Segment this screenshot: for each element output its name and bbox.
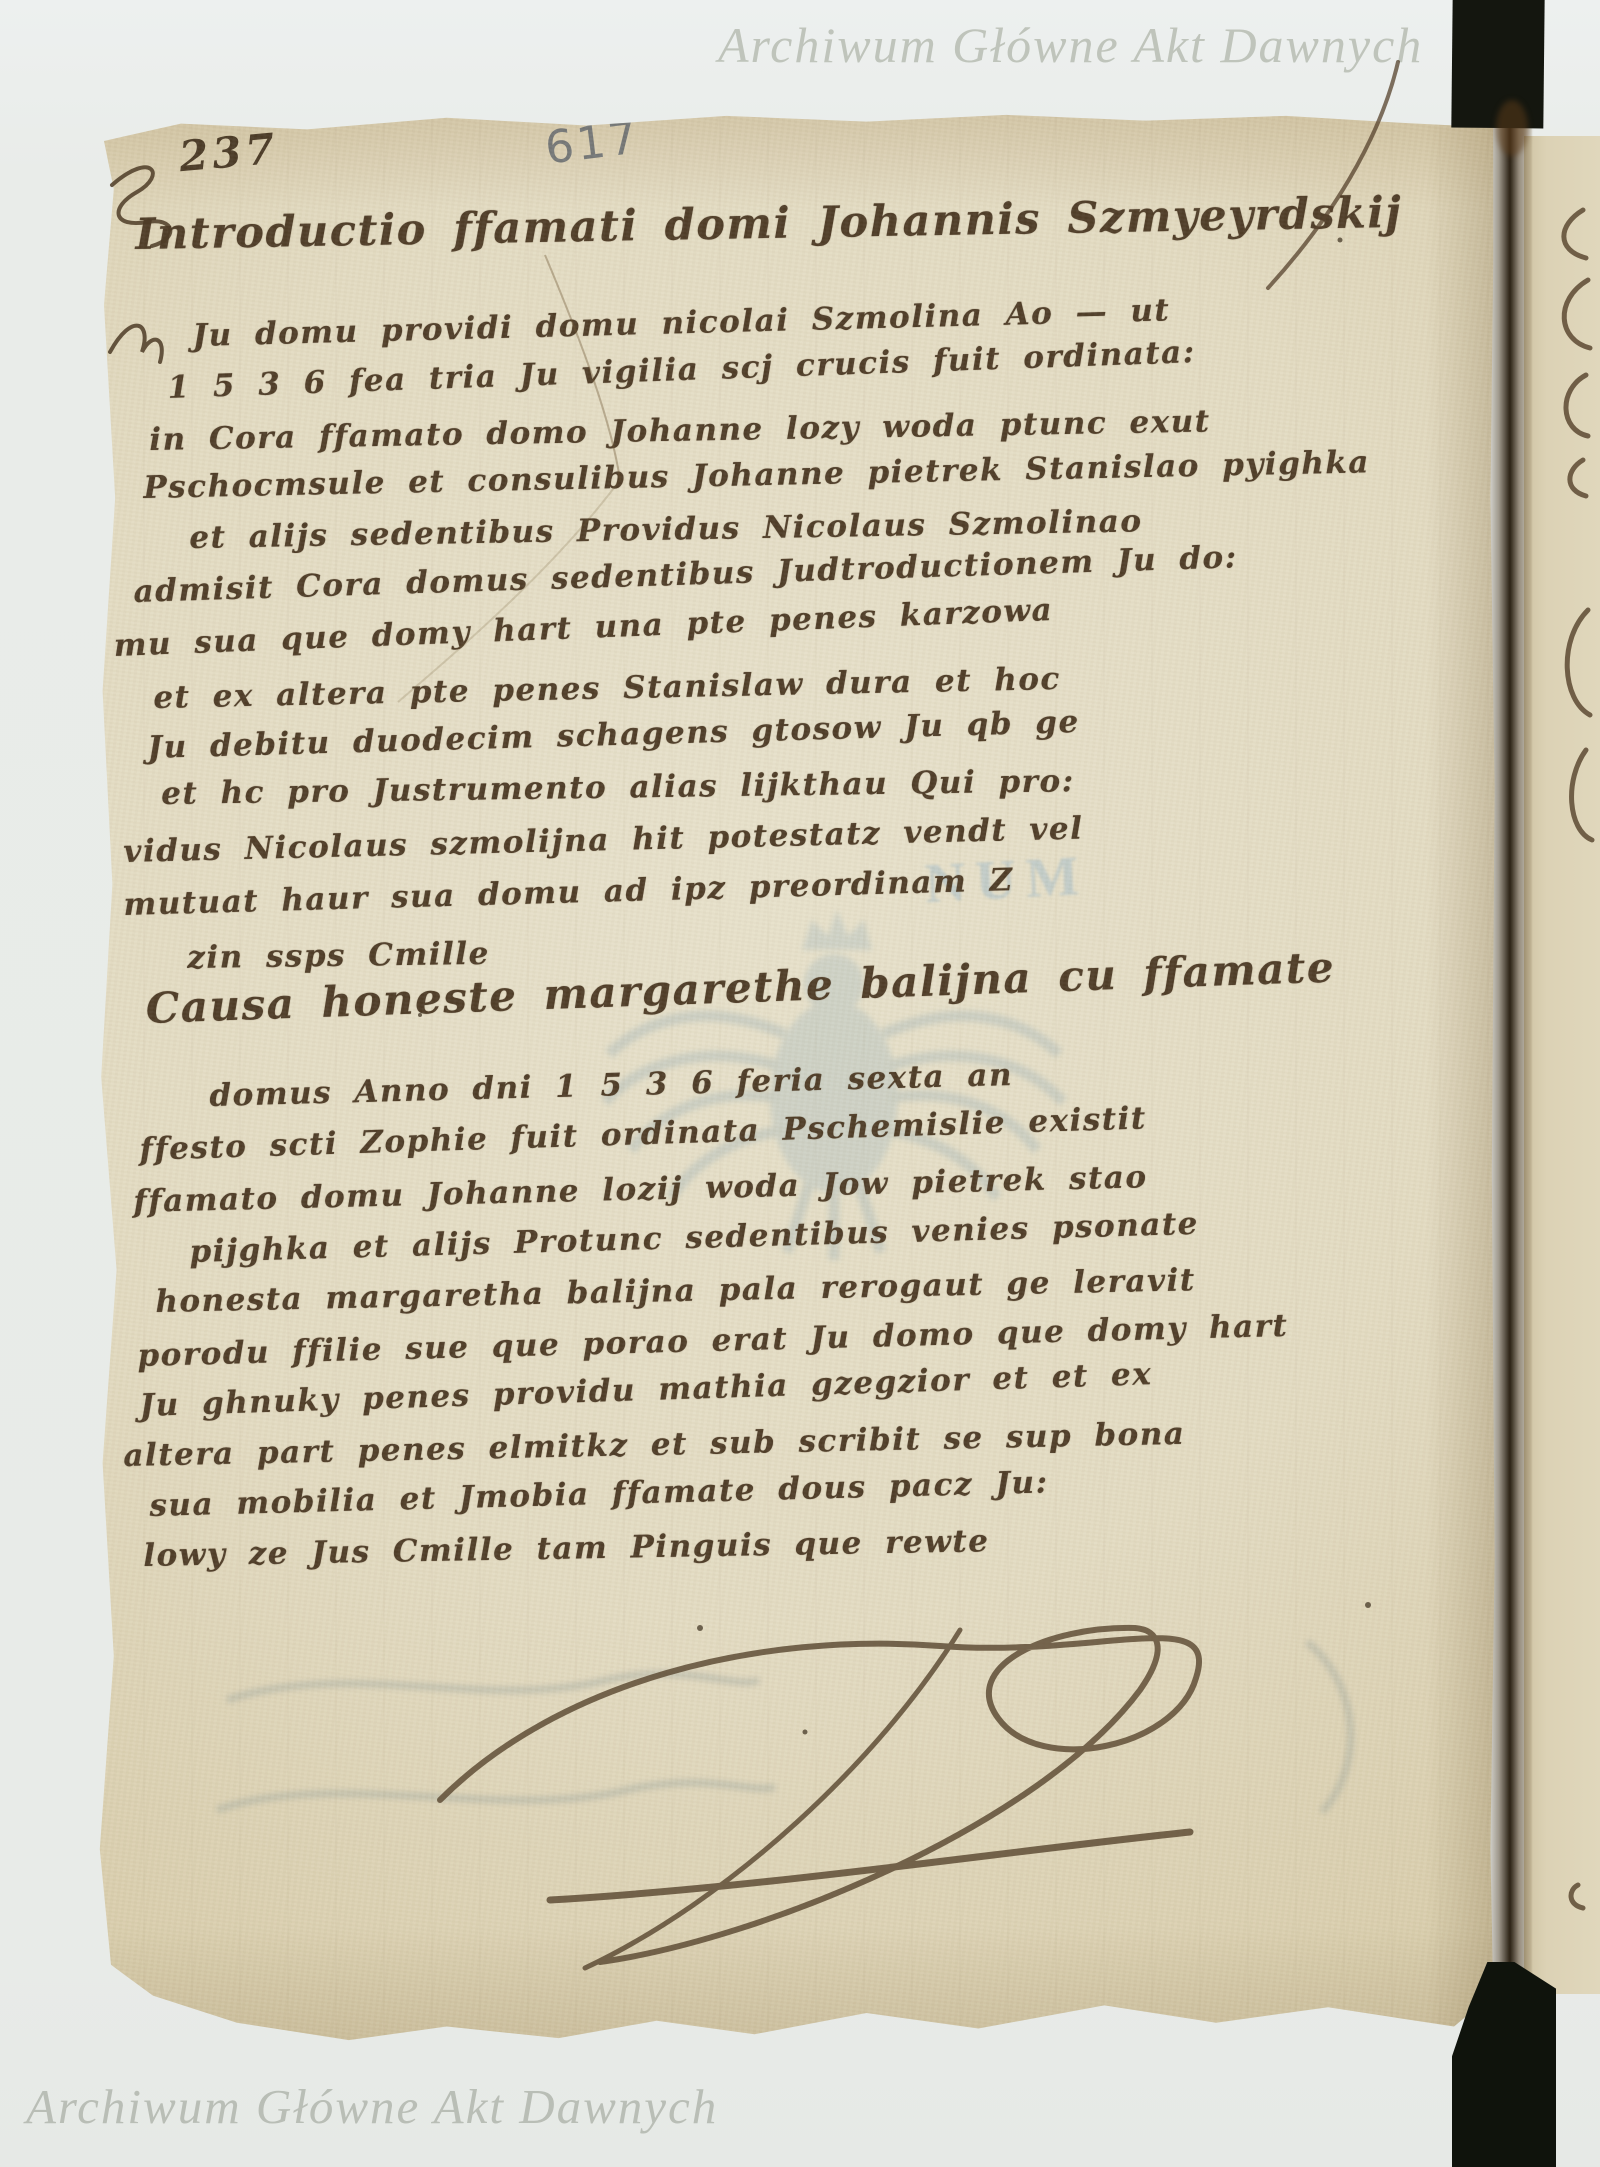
manuscript-line: mutuat haur sua domu ad ipz preordinam Z bbox=[123, 862, 1014, 923]
verso-writing-ghost bbox=[217, 1642, 1351, 1812]
manuscript-line: in Cora ffamato domo Johanne lozy woda p… bbox=[149, 403, 1211, 458]
manuscript-leaf: NUM 237 617 Introductio ffamati domi Joh… bbox=[97, 112, 1496, 2042]
page-number-pencil: 617 bbox=[542, 110, 643, 174]
folio-number-ink: 237 bbox=[177, 124, 281, 182]
book-gutter-shadow bbox=[1486, 118, 1532, 2016]
manuscript-line: Ju debitu duodecim schagens gtosow Ju qb… bbox=[147, 704, 1080, 766]
manuscript-line: et hc pro Justrumento alias lijkthau Qui… bbox=[161, 763, 1075, 812]
manuscript-line: zin ssps Cmille bbox=[187, 936, 490, 976]
archive-watermark-top: Archiwum Główne Akt Dawnych bbox=[718, 16, 1423, 74]
next-page-sliver bbox=[1524, 136, 1600, 1994]
binding-band-top bbox=[1451, 0, 1544, 128]
manuscript-line: sua mobilia et Jmobia ffamate dous pacz … bbox=[149, 1464, 1049, 1524]
manuscript-line: domus Anno dni 1 5 3 6 feria sexta an bbox=[209, 1057, 1013, 1114]
archive-watermark-bottom: Archiwum Główne Akt Dawnych bbox=[26, 2078, 718, 2135]
scanned-manuscript-page: Archiwum Główne Akt Dawnych Archiwum Głó… bbox=[0, 0, 1600, 2167]
manuscript-line: honesta margaretha balijna pala rerogaut… bbox=[155, 1262, 1196, 1320]
entry1-heading: Introductio ffamati domi Johannis Szmyey… bbox=[135, 188, 1403, 260]
manuscript-line: lowy ze Jus Cmille tam Pinguis que rewte bbox=[143, 1523, 990, 1574]
manuscript-line: pijghka et alijs Protunc sedentibus veni… bbox=[189, 1206, 1199, 1270]
